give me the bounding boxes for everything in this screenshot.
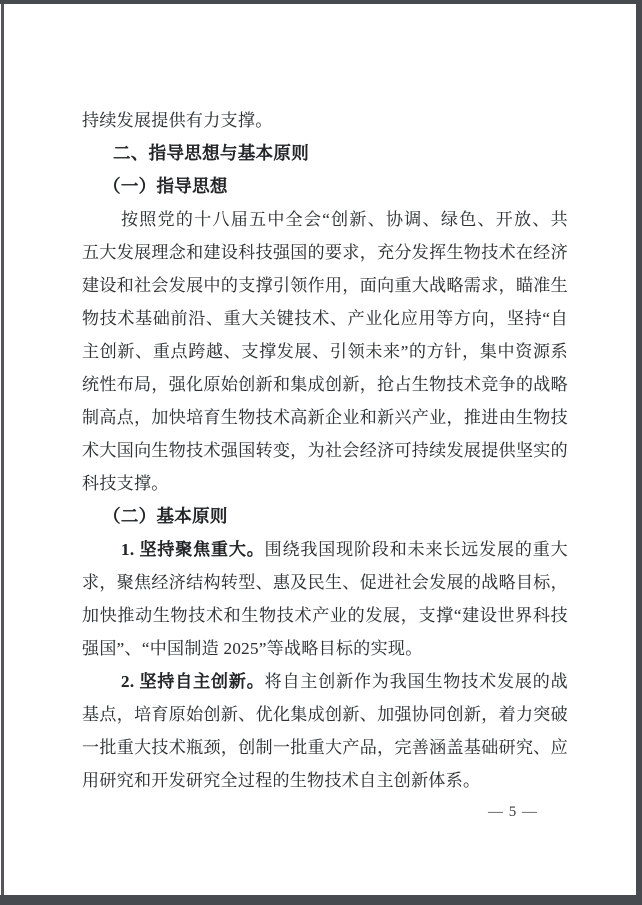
text-segment: 加快推动生物技术和生物技术产业的发展，支撑“建设世界科技	[82, 606, 568, 625]
text-line-20: 一批重大技术瓶颈，创制一批重大产品，完善涵盖基础研究、应	[82, 731, 568, 764]
text-line-10: 制高点，加快培育生物技术高新企业和新兴产业，推进由生物技	[82, 401, 568, 434]
text-segment: 主创新、重点跨越、支撑发展、引领未来”的方针，集中资源系	[82, 342, 568, 361]
text-segment: 五大发展理念和建设科技强国的要求，充分发挥生物技术在经济	[82, 243, 568, 262]
text-line-7: 物技术基础前沿、重大关键技术、产业化应用等方向，坚持“自	[82, 302, 568, 335]
bold-segment: 二、指导思想与基本原则	[113, 143, 309, 163]
text-line-2: 二、指导思想与基本原则	[82, 137, 568, 170]
bold-segment: 1. 坚持聚焦重大。	[121, 540, 265, 559]
text-segment: 按照党的十八届五中全会“创新、协调、绿色、开放、共享”	[82, 210, 568, 236]
text-segment: 统性布局，强化原始创新和集成创新，抢占生物技术竞争的战略	[82, 375, 568, 394]
text-line-9: 统性布局，强化原始创新和集成创新，抢占生物技术竞争的战略	[82, 368, 568, 401]
text-line-15: 求，聚焦经济结构转型、惠及民生、促进社会发展的战略目标，	[82, 566, 568, 599]
text-line-4: 按照党的十八届五中全会“创新、协调、绿色、开放、共享”	[82, 203, 568, 236]
bold-segment: （二）基本原则	[103, 506, 228, 526]
text-segment: 物技术基础前沿、重大关键技术、产业化应用等方向，坚持“自	[82, 309, 568, 328]
text-line-6: 建设和社会发展中的支撑引领作用，面向重大战略需求，瞄准生	[82, 269, 568, 302]
text-line-5: 五大发展理念和建设科技强国的要求，充分发挥生物技术在经济	[82, 236, 568, 269]
page-footer: — 5 —	[82, 800, 568, 824]
text-segment: 建设和社会发展中的支撑引领作用，面向重大战略需求，瞄准生	[82, 276, 568, 295]
text-segment: 强国”、“中国制造 2025”等战略目标的实现。	[82, 639, 423, 658]
text-line-18: 2. 坚持自主创新。将自主创新作为我国生物技术发展的战略	[82, 665, 568, 698]
bold-segment: （一）指导思想	[103, 176, 228, 196]
text-line-16: 加快推动生物技术和生物技术产业的发展，支撑“建设世界科技	[82, 599, 568, 632]
text-segment: 持续发展提供有力支撑。	[82, 111, 273, 130]
text-segment: 基点，培育原始创新、优化集成创新、加强协同创新，着力突破	[82, 705, 568, 724]
text-line-8: 主创新、重点跨越、支撑发展、引领未来”的方针，集中资源系	[82, 335, 568, 368]
text-segment: 用研究和开发研究全过程的生物技术自主创新体系。	[82, 771, 480, 790]
scan-edge-left	[1, 4, 4, 895]
scanned-document-page: { "page": { "background_color": "#ffffff…	[0, 0, 642, 905]
text-line-3: （一）指导思想	[82, 170, 568, 203]
page-text: 持续发展提供有力支撑。二、指导思想与基本原则（一）指导思想按照党的十八届五中全会…	[82, 104, 568, 797]
text-line-17: 强国”、“中国制造 2025”等战略目标的实现。	[82, 632, 568, 665]
page-number: — 5 —	[488, 804, 538, 820]
text-line-1: 持续发展提供有力支撑。	[82, 104, 568, 137]
bold-segment: 2. 坚持自主创新。	[121, 672, 265, 691]
text-line-14: 1. 坚持聚焦重大。围绕我国现阶段和未来长远发展的重大需	[82, 533, 568, 566]
text-line-19: 基点，培育原始创新、优化集成创新、加强协同创新，着力突破	[82, 698, 568, 731]
text-line-11: 术大国向生物技术强国转变，为社会经济可持续发展提供坚实的	[82, 434, 568, 467]
scan-edge-top	[0, 0, 642, 4]
text-line-21: 用研究和开发研究全过程的生物技术自主创新体系。	[82, 764, 568, 797]
scan-edge-right	[636, 0, 642, 905]
text-line-13: （二）基本原则	[82, 500, 568, 533]
text-segment: 制高点，加快培育生物技术高新企业和新兴产业，推进由生物技	[82, 408, 568, 427]
text-segment: 科技支撑。	[82, 474, 169, 493]
text-segment: 求，聚焦经济结构转型、惠及民生、促进社会发展的战略目标，	[82, 573, 568, 592]
scan-edge-bottom	[0, 895, 642, 905]
text-segment: 术大国向生物技术强国转变，为社会经济可持续发展提供坚实的	[82, 441, 568, 460]
text-segment: 一批重大技术瓶颈，创制一批重大产品，完善涵盖基础研究、应	[82, 738, 568, 757]
text-line-12: 科技支撑。	[82, 467, 568, 500]
